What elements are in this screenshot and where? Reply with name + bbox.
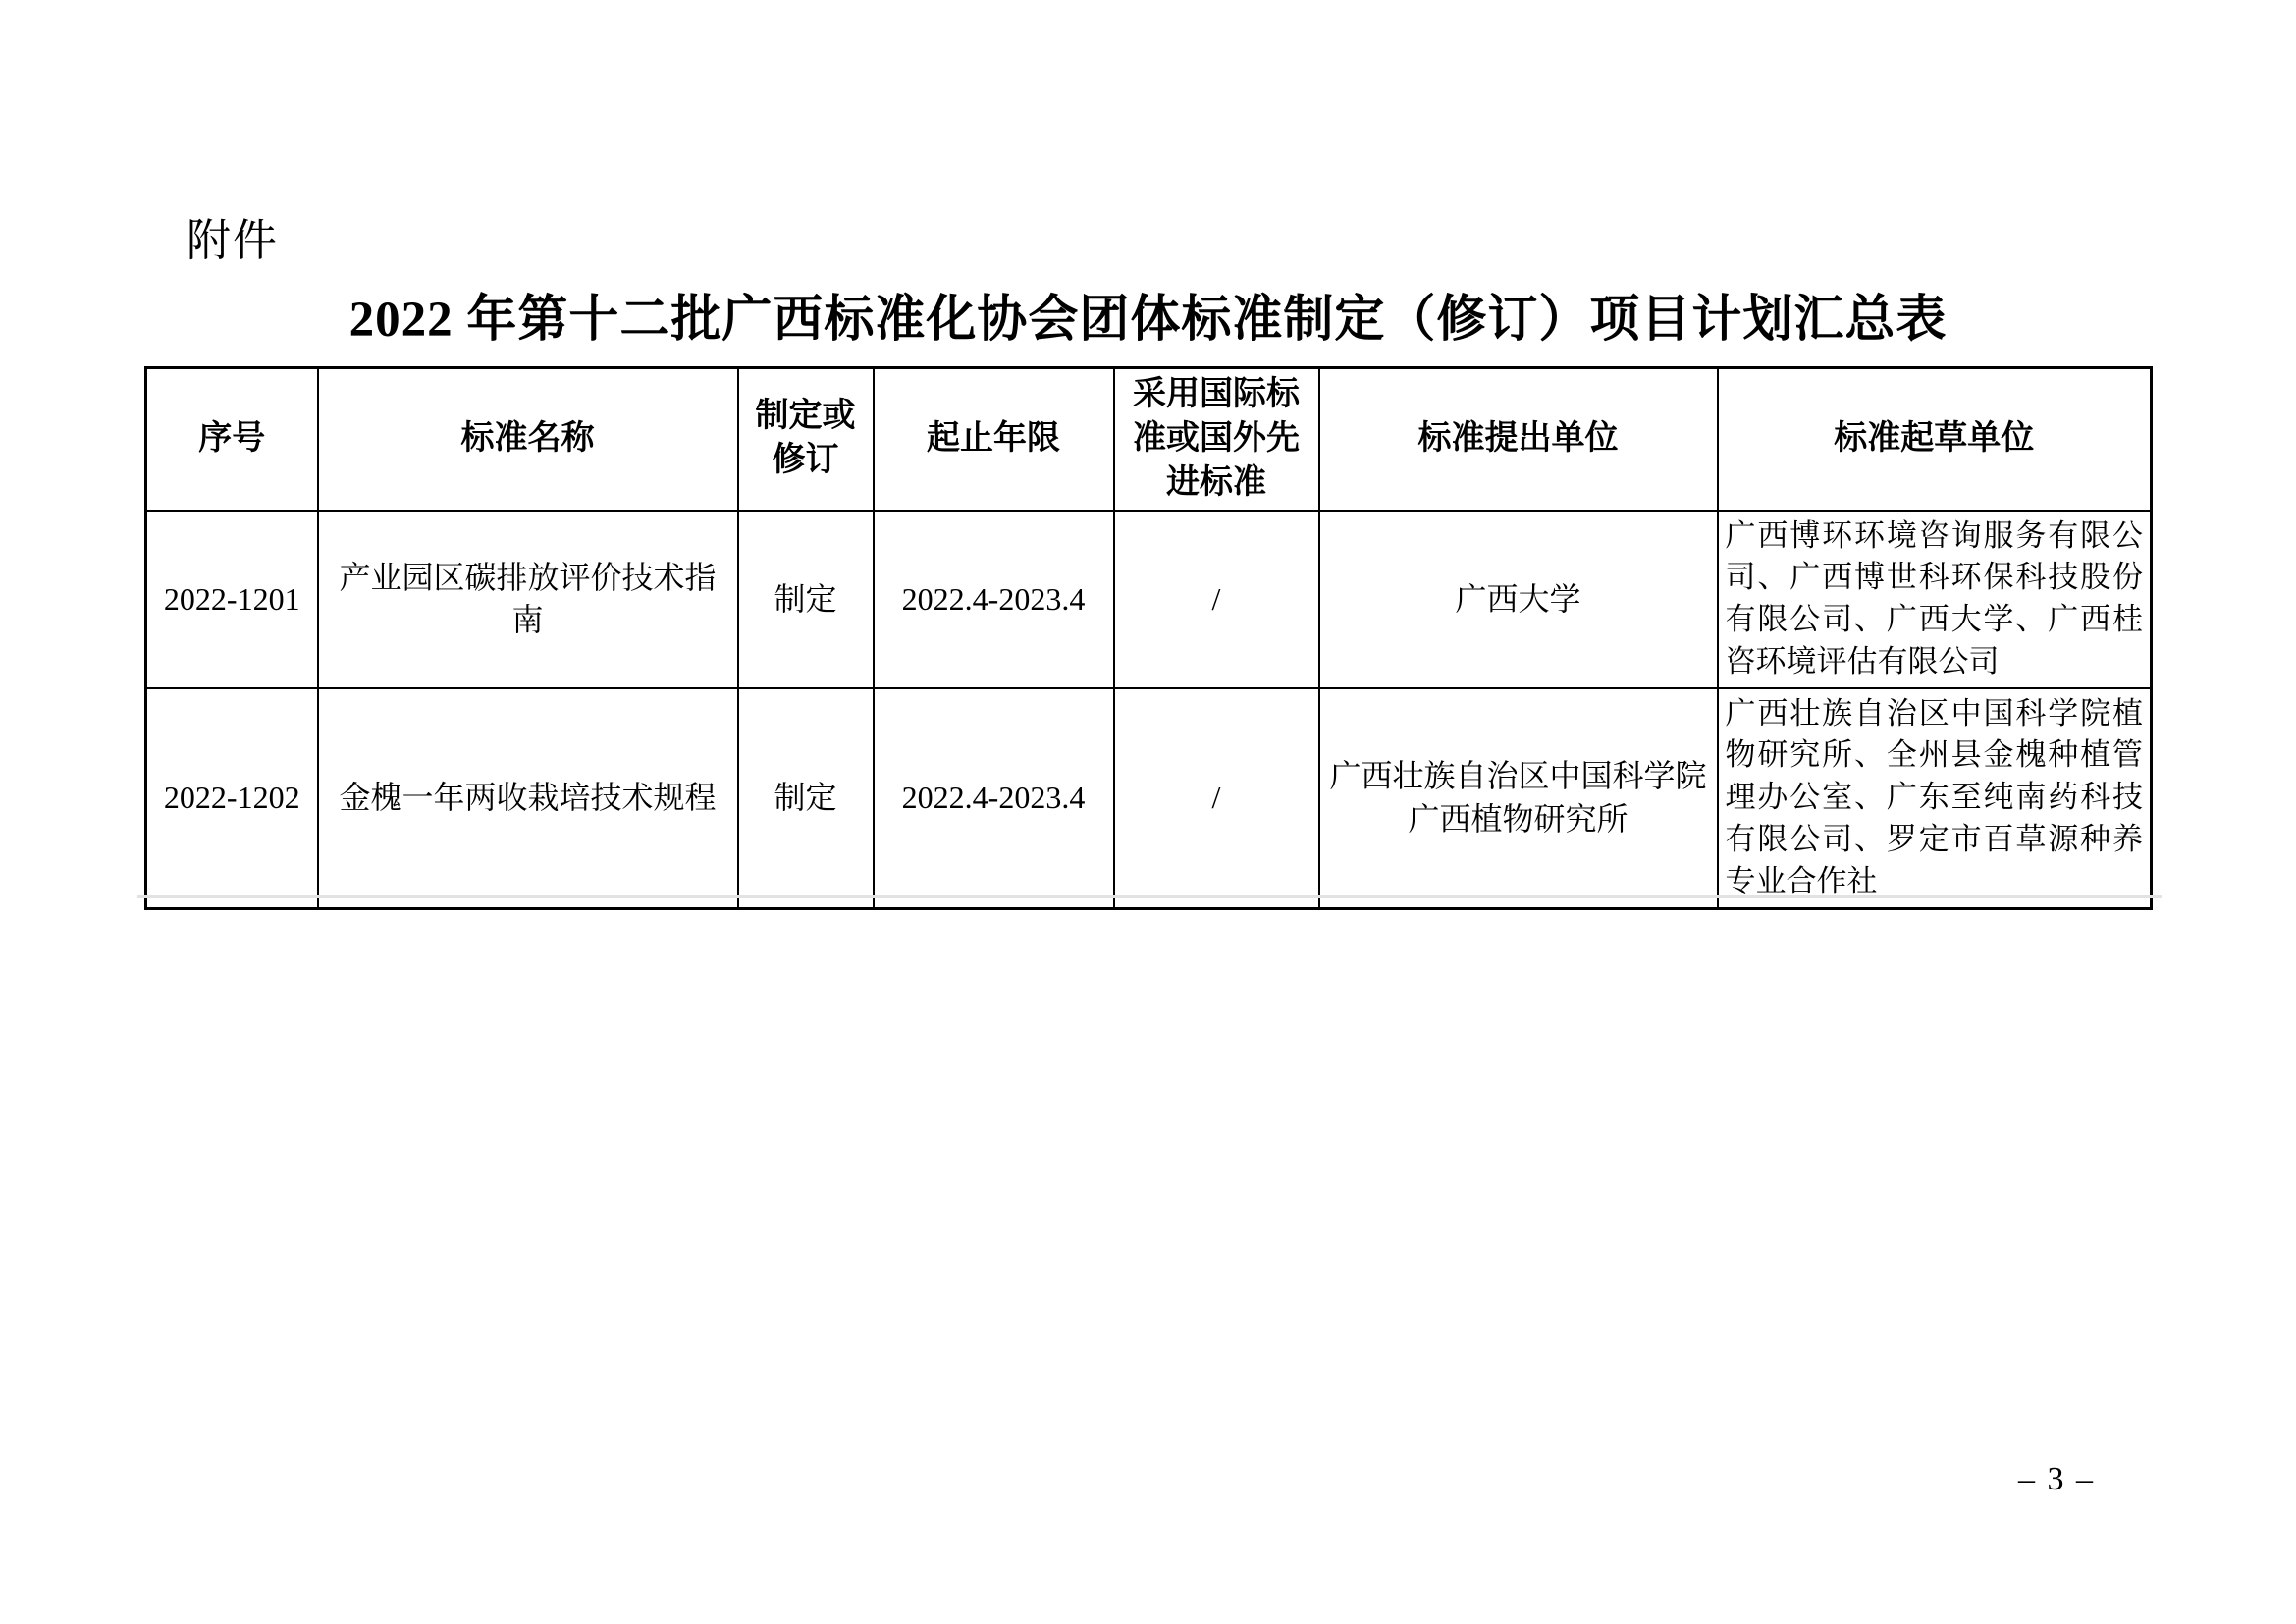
standards-plan-table: 序号 标准名称 制定或修订 起止年限 采用国际标准或国外先进标准 标准提出单位 … <box>144 366 2153 910</box>
cell-drafting-unit: 广西壮族自治区中国科学院植物研究所、全州县金槐种植管理办公室、广东至纯南药科技有… <box>1718 688 2152 908</box>
header-proposing-unit: 标准提出单位 <box>1319 368 1718 511</box>
cell-standard-name: 产业园区碳排放评价技术指南 <box>318 511 738 688</box>
cell-serial: 2022-1202 <box>146 688 318 908</box>
header-establish-revise: 制定或修订 <box>738 368 874 511</box>
cell-establish-revise: 制定 <box>738 688 874 908</box>
header-time-span: 起止年限 <box>874 368 1114 511</box>
cell-intl-standard: / <box>1114 688 1319 908</box>
header-standard-name: 标准名称 <box>318 368 738 511</box>
scan-artifact-line <box>137 895 2162 898</box>
table-header-row: 序号 标准名称 制定或修订 起止年限 采用国际标准或国外先进标准 标准提出单位 … <box>146 368 2152 511</box>
cell-drafting-unit: 广西博环环境咨询服务有限公司、广西博世科环保科技股份有限公司、广西大学、广西桂咨… <box>1718 511 2152 688</box>
attachment-label: 附件 <box>187 214 279 267</box>
cell-establish-revise: 制定 <box>738 511 874 688</box>
cell-proposing-unit: 广西壮族自治区中国科学院广西植物研究所 <box>1319 688 1718 908</box>
cell-time-span: 2022.4-2023.4 <box>874 688 1114 908</box>
table-row: 2022-1201 产业园区碳排放评价技术指南 制定 2022.4-2023.4… <box>146 511 2152 688</box>
header-intl-standard: 采用国际标准或国外先进标准 <box>1114 368 1319 511</box>
header-drafting-unit: 标准起草单位 <box>1718 368 2152 511</box>
cell-time-span: 2022.4-2023.4 <box>874 511 1114 688</box>
document-page: 附件 2022 年第十二批广西标准化协会团体标准制定（修订）项目计划汇总表 序号… <box>0 0 2296 1624</box>
cell-serial: 2022-1201 <box>146 511 318 688</box>
cell-intl-standard: / <box>1114 511 1319 688</box>
table-row: 2022-1202 金槐一年两收栽培技术规程 制定 2022.4-2023.4 … <box>146 688 2152 908</box>
header-serial: 序号 <box>146 368 318 511</box>
page-title: 2022 年第十二批广西标准化协会团体标准制定（修订）项目计划汇总表 <box>0 291 2296 351</box>
cell-standard-name: 金槐一年两收栽培技术规程 <box>318 688 738 908</box>
cell-proposing-unit: 广西大学 <box>1319 511 1718 688</box>
page-number: – 3 – <box>1973 1461 2140 1498</box>
